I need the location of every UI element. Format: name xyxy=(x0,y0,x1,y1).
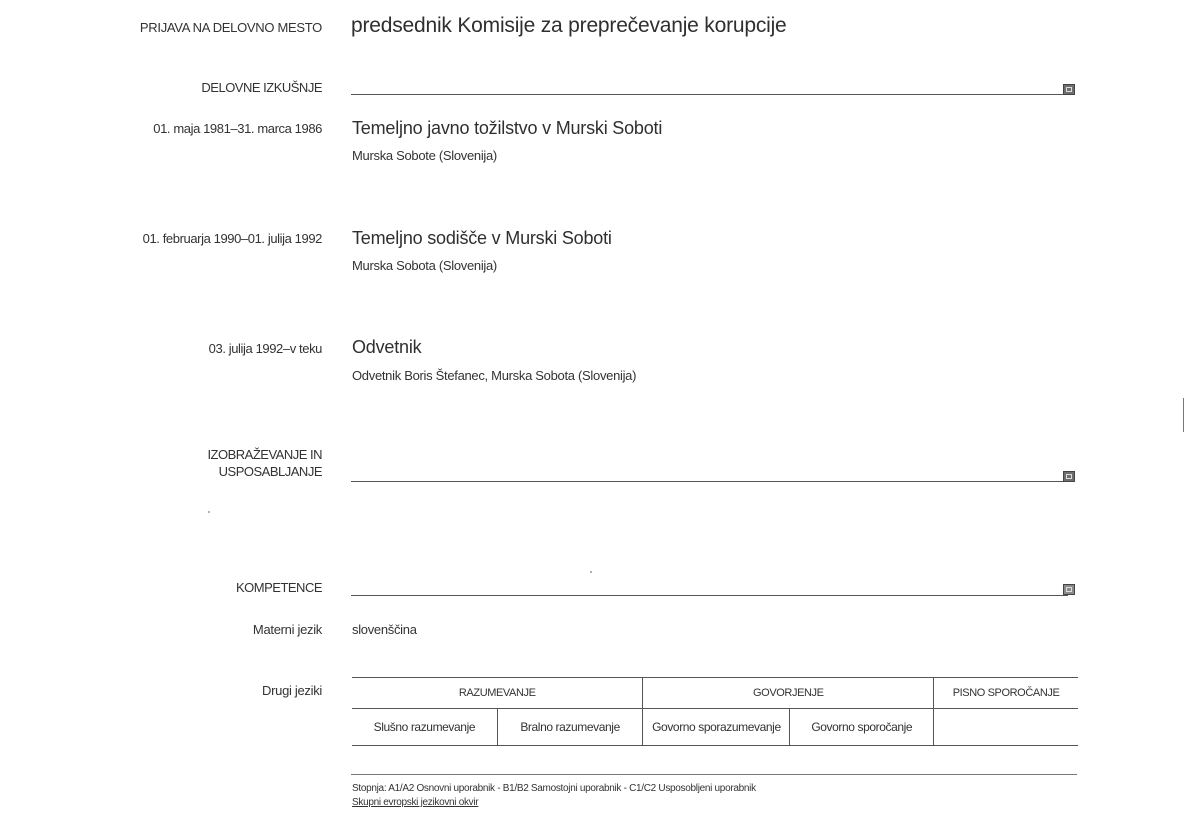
section-marker-icon xyxy=(1063,584,1075,595)
entry-dates: 01. februarja 1990–01. julija 1992 xyxy=(143,231,322,246)
section-label-application: PRIJAVA NA DELOVNO MESTO xyxy=(140,20,322,35)
levels-text: Stopnja: A1/A2 Osnovni uporabnik - B1/B2… xyxy=(352,782,756,796)
scan-speck xyxy=(590,571,592,573)
scan-speck xyxy=(208,511,210,513)
section-marker-icon xyxy=(1063,84,1075,95)
header-writing: PISNO SPOROČANJE xyxy=(934,678,1078,709)
subheader-spoken-production: Govorno sporočanje xyxy=(790,709,934,746)
framework-link[interactable]: Skupni evropski jezikovni okvir xyxy=(352,797,478,808)
subheader-writing xyxy=(934,709,1078,746)
entry-dates: 01. maja 1981–31. marca 1986 xyxy=(153,121,322,136)
header-understanding: RAZUMEVANJE xyxy=(352,678,643,709)
table-header-row: RAZUMEVANJE GOVORJENJE PISNO SPOROČANJE xyxy=(352,678,1078,709)
section-label-competences: KOMPETENCE xyxy=(236,580,322,595)
section-rule xyxy=(351,94,1068,95)
subheader-spoken-interaction: Govorno sporazumevanje xyxy=(643,709,790,746)
section-rule xyxy=(351,595,1068,596)
header-speaking: GOVORJENJE xyxy=(643,678,934,709)
section-label-work-experience: DELOVNE IZKUŠNJE xyxy=(201,80,322,95)
section-label-education-line2: USPOSABLJANJE xyxy=(219,464,322,479)
section-rule xyxy=(351,481,1068,482)
entry-employer: Temeljno javno tožilstvo v Murski Soboti xyxy=(352,118,662,139)
mother-tongue-value: slovenščina xyxy=(352,622,417,637)
table-subheader-row: Slušno razumevanje Bralno razumevanje Go… xyxy=(352,709,1078,746)
section-marker-icon xyxy=(1063,471,1075,482)
section-label-education: IZOBRAŽEVANJE IN xyxy=(207,447,322,462)
entry-dates: 03. julija 1992–v teku xyxy=(209,341,322,356)
entry-location: Murska Sobote (Slovenija) xyxy=(352,148,497,163)
subheader-reading: Bralno razumevanje xyxy=(497,709,643,746)
scan-mark xyxy=(1183,398,1184,432)
position-title: predsednik Komisije za preprečevanje kor… xyxy=(351,14,787,38)
subheader-listening: Slušno razumevanje xyxy=(352,709,497,746)
mother-tongue-label: Materni jezik xyxy=(253,622,322,637)
entry-location: Odvetnik Boris Štefanec, Murska Sobota (… xyxy=(352,368,636,383)
levels-note: Stopnja: A1/A2 Osnovni uporabnik - B1/B2… xyxy=(352,782,756,810)
entry-employer: Odvetnik xyxy=(352,337,421,358)
other-languages-label: Drugi jeziki xyxy=(262,683,322,698)
entry-location: Murska Sobota (Slovenija) xyxy=(352,258,497,273)
entry-employer: Temeljno sodišče v Murski Soboti xyxy=(352,228,612,249)
table-bottom-rule xyxy=(351,774,1077,775)
language-skills-table: RAZUMEVANJE GOVORJENJE PISNO SPOROČANJE … xyxy=(352,677,1078,746)
